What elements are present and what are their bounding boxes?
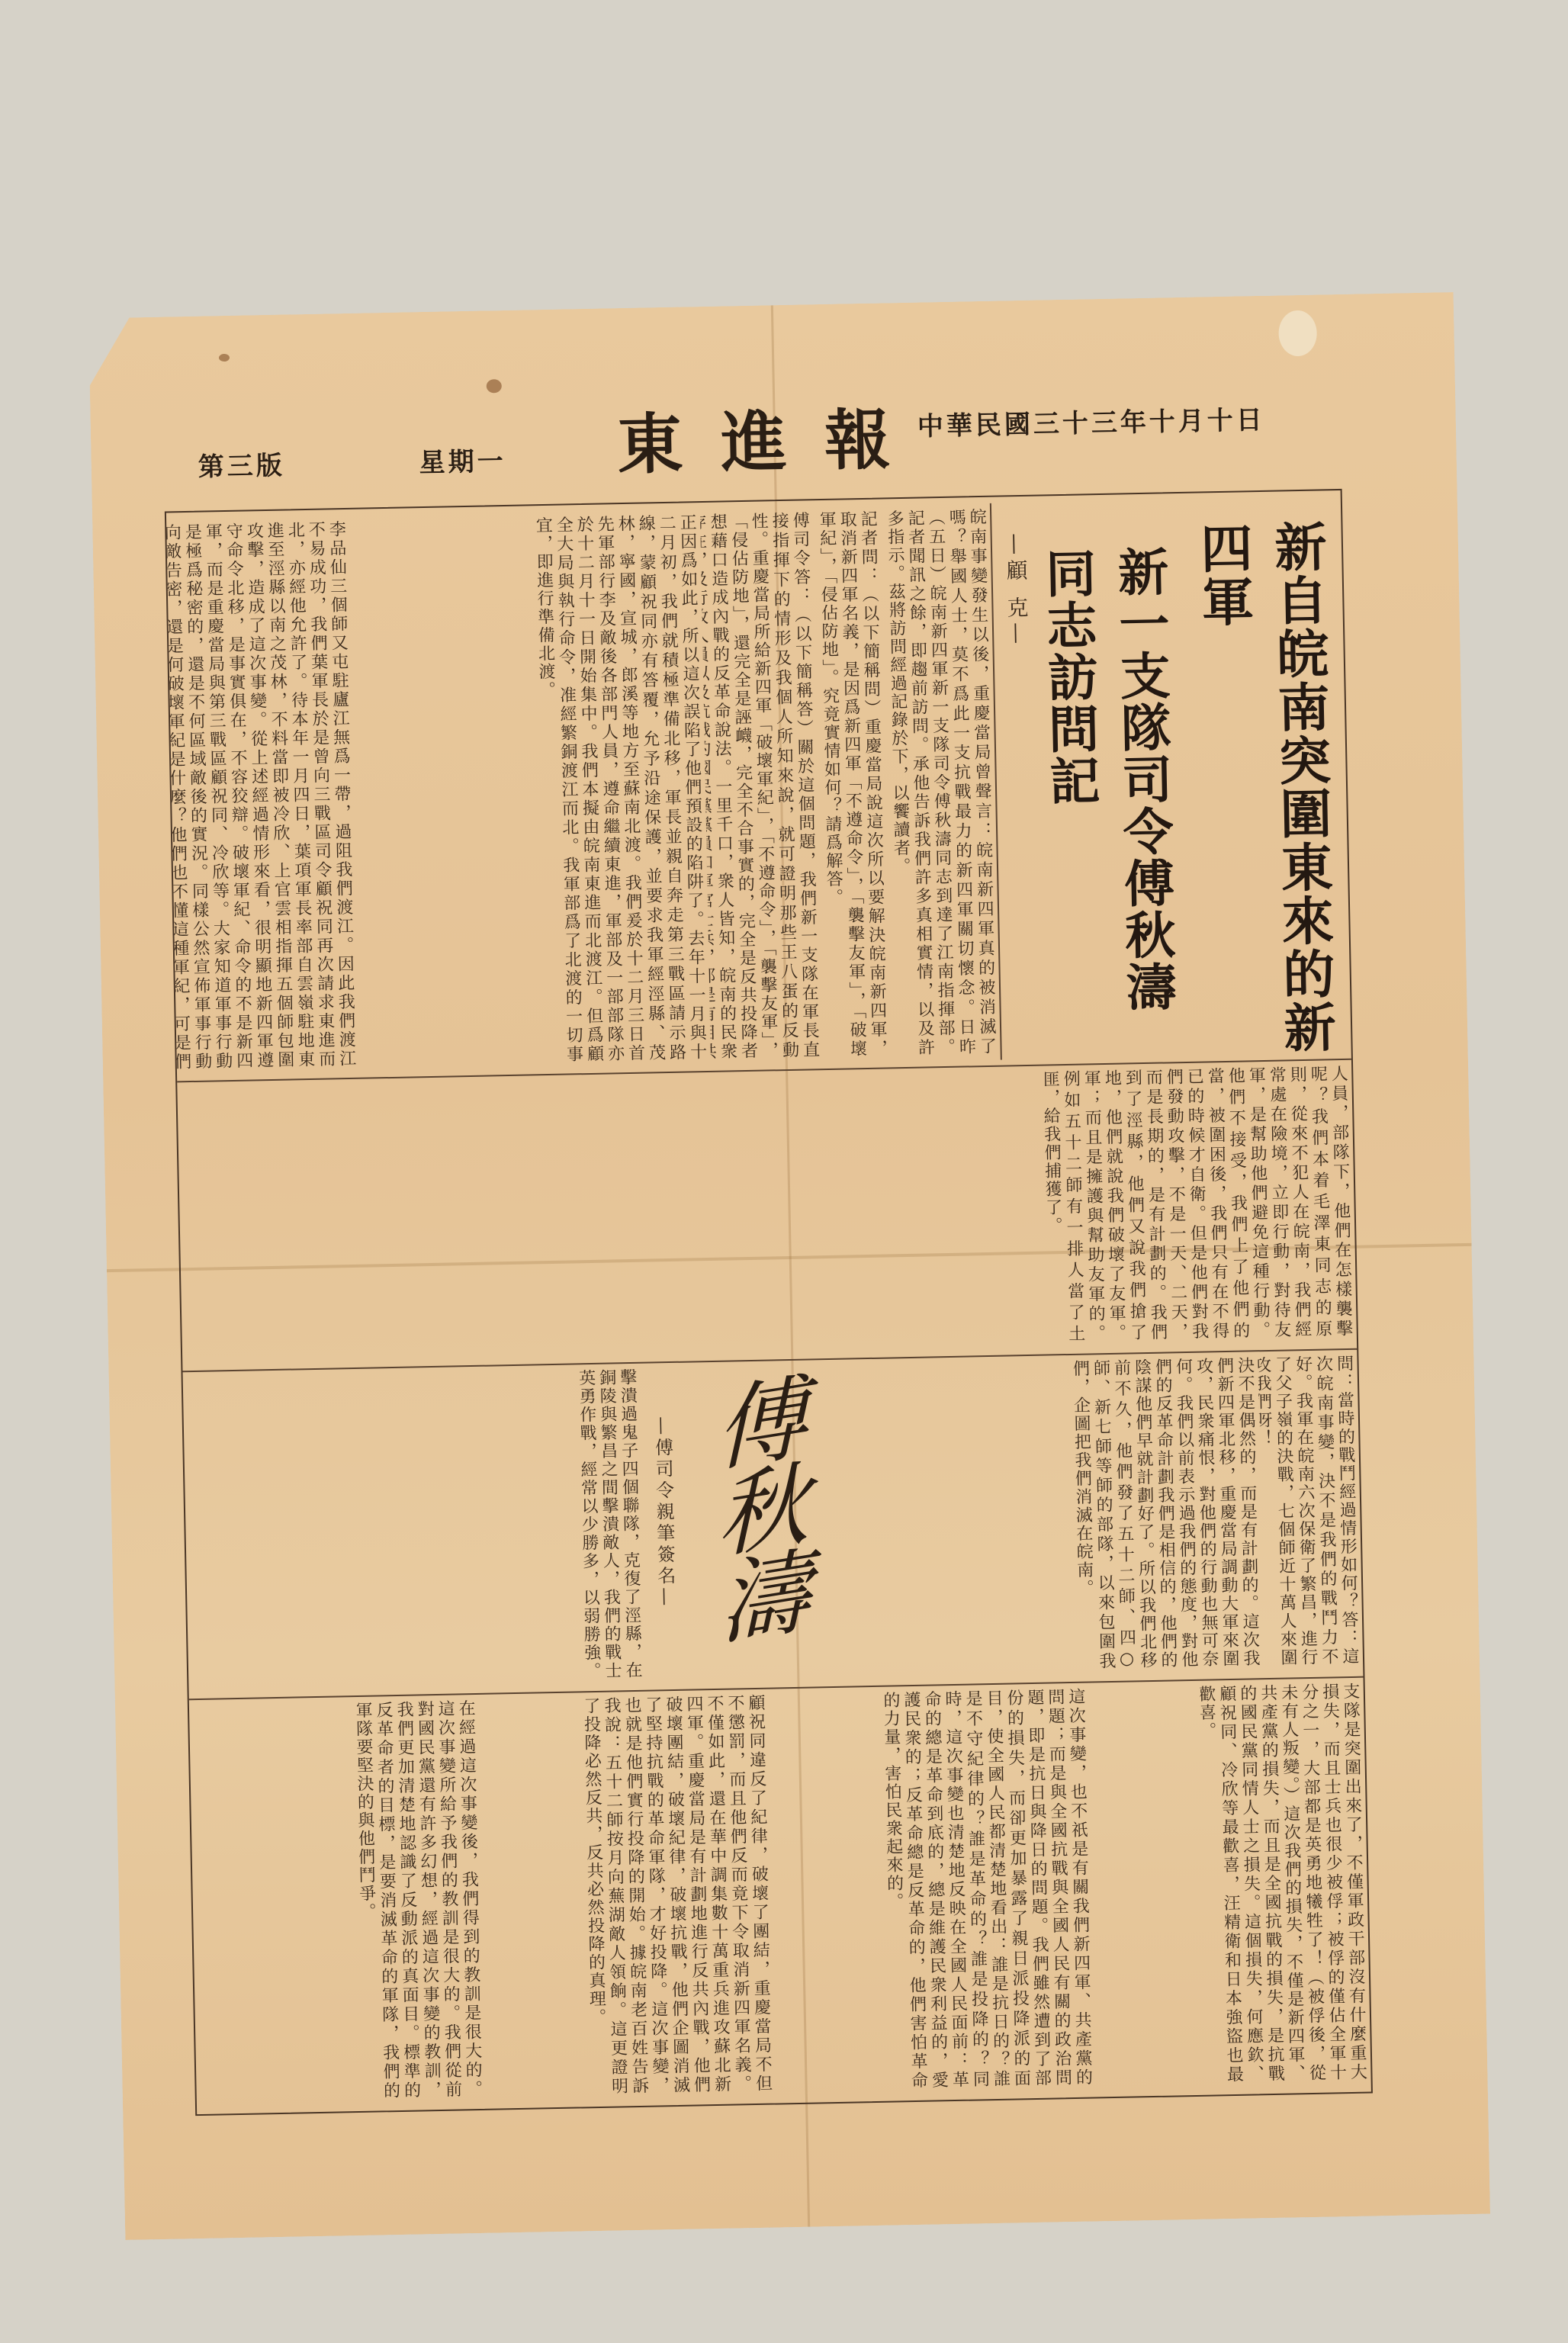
article-column: 在經過這次事變後，我們得到的教訓是很大的。這次事變所給予我們的教訓是很大的。我們…: [189, 1695, 487, 2108]
article-section-middle: 人員，部隊下，他們在怎樣襲擊呢？我們本着毛澤東同志的原則，從來不犯人在皖南，我們…: [177, 1059, 1357, 1364]
body-paragraph: 決不是偶然的，而是有計劃的。這次我們新四軍北移，重慶當局調動大軍來圍攻，民衆痛恨…: [1069, 1356, 1261, 1671]
article-section-top: 新自皖南突圍東來的新四軍 新一支隊司令傅秋濤同志訪問記 —顧 克— 皖南事變發生…: [166, 497, 1351, 1075]
article-column: 這次事變，也不祇是有關我們新四軍、共產黨的問題；而是與全國抗戰與全國人民有關的政…: [769, 1683, 1097, 2097]
article-column: 問：當時的戰鬥經過情形如何？答：這次皖南事變，決不是我們的戰鬥力不好。我軍在皖南…: [1258, 1350, 1363, 1672]
article-column: 正因爲如此，所以這次誤陷了他們預設的陷阱了。去年十一月與十二月初，我們就積極準備…: [349, 509, 711, 1072]
body-paragraph: 擊潰過鬼子四個聯隊，克復了涇縣，在銅陵與繁昌之間擊潰敵人，我們的戰士英勇作戰，經…: [576, 1368, 644, 1680]
body-paragraph: 支隊是突圍出來了，不僅軍政干部沒有什麼重大損失，而且士兵也很少被俘；被俘的僅佔全…: [1196, 1683, 1368, 2084]
article-column: 支隊是突圍出來了，不僅軍政干部沒有什麼重大損失，而且士兵也很少被俘；被俘的僅佔全…: [1089, 1678, 1371, 2091]
stain-mark: [219, 354, 230, 362]
article-column: 擊潰過鬼子四個聯隊，克復了涇縣，在銅陵與繁昌之間擊潰敵人，我們的戰士英勇作戰，經…: [183, 1364, 647, 1692]
headline-line-1: 新自皖南突圍東來的新四軍: [1185, 519, 1343, 1056]
newspaper-page: 中華民國三十三年十月十日 東進報 星期一 第三版 新自皖南突圍東來的新四軍 新一…: [88, 292, 1490, 2240]
headline-block: 新自皖南突圍東來的新四軍 新一支隊司令傅秋濤同志訪問記 —顧 克—: [990, 497, 1351, 1060]
article-frame: 新自皖南突圍東來的新四軍 新一支隊司令傅秋濤同志訪問記 —顧 克— 皖南事變發生…: [165, 489, 1373, 2116]
intro-paragraph: 皖南事變發生以後，重慶當局曾聲言：皖南新四軍真的被消滅了嗎？舉國人士，莫不爲此一…: [884, 508, 998, 1057]
body-paragraph: 正因爲如此，所以這次誤陷了他們預設的陷阱了。去年十一月與十二月初，我們就積極準備…: [532, 513, 708, 1064]
page-number: 第三版: [198, 445, 285, 484]
newspaper-title: 東進報: [616, 386, 929, 487]
article-column: 李品仙三個師又屯駐廬江無爲一帶，過阻我們渡江。因此我們渡江不易成功，我們葉軍長於…: [166, 516, 360, 1075]
body-paragraph: 在經過這次事變後，我們得到的教訓是很大的。這次事變所給予我們的教訓是很大的。我們…: [352, 1699, 484, 2100]
article-column: 決不是偶然的，而是有計劃的。這次我們新四軍北移，重慶當局調動大軍來圍攻，民衆痛恨…: [831, 1351, 1264, 1680]
issue-date: 中華民國三十三年十月十日: [917, 399, 1265, 443]
body-paragraph: 李品仙三個師又屯駐廬江無爲一帶，過阻我們渡江。因此我們渡江不易成功，我們葉軍長於…: [166, 520, 357, 1072]
signature-block: 傅秋濤 —傅司令親筆簽名—: [640, 1360, 837, 1684]
stain-mark: [487, 379, 502, 393]
signature-caption: —傅司令親筆簽名—: [649, 1416, 680, 1609]
answer-paragraph: 傅司令答：（以下簡稱答）關於這個問題，我們新一支隊在軍長直接指揮下的情形及我個人…: [700, 511, 821, 1062]
headline-line-2: 新一支隊司令傅秋濤同志訪問記: [1030, 545, 1185, 1059]
masthead: 中華民國三十三年十月十日 東進報 星期一 第三版: [90, 376, 1457, 493]
article-column: 顧祝同違反了紀律，破壞了團結，重慶當局不但不懲罰，而且他們反而竟下令取消新四軍名…: [479, 1689, 776, 2103]
issue-weekday: 星期一: [419, 440, 506, 479]
article-column: 人員，部隊下，他們在怎樣襲擊呢？我們本着毛澤東同志的原則，從來不犯人在皖南，我們…: [177, 1060, 1357, 1364]
article-section-bottom: 支隊是突圍出來了，不僅軍政干部沒有什麼重大損失，而且士兵也很少被俘；被俘的僅佔全…: [189, 1676, 1371, 2108]
body-paragraph: 問：當時的戰鬥經過情形如何？答：這次皖南事變，決不是我們的戰鬥力不好。我軍在皖南…: [1258, 1355, 1360, 1668]
body-paragraph: 顧祝同違反了紀律，破壞了團結，重慶當局不但不懲罰，而且他們反而竟下令取消新四軍名…: [580, 1694, 773, 2097]
article-column: 皖南事變發生以後，重慶當局曾聲言：皖南新四軍真的被消滅了嗎？舉國人士，莫不爲此一…: [700, 503, 1001, 1065]
body-paragraph: 人員，部隊下，他們在怎樣襲擊呢？我們本着毛澤東同志的原則，從來不犯人在皖南，我們…: [1039, 1065, 1354, 1344]
article-section-lower: 問：當時的戰鬥經過情形如何？答：這次皖南事變，決不是我們的戰鬥力不好。我軍在皖南…: [182, 1348, 1363, 1692]
question-paragraph: 記者問：（以下簡稱問）重慶當局說這次所以要解決皖南新四軍，取消新四軍名義，是因爲…: [816, 510, 888, 1059]
body-paragraph: 這次事變，也不祇是有關我們新四軍、共產黨的問題；而是與全國抗戰與全國人民有關的政…: [880, 1688, 1094, 2091]
handwritten-signature: 傅秋濤: [686, 1366, 822, 1647]
worn-spot: [1278, 310, 1317, 357]
